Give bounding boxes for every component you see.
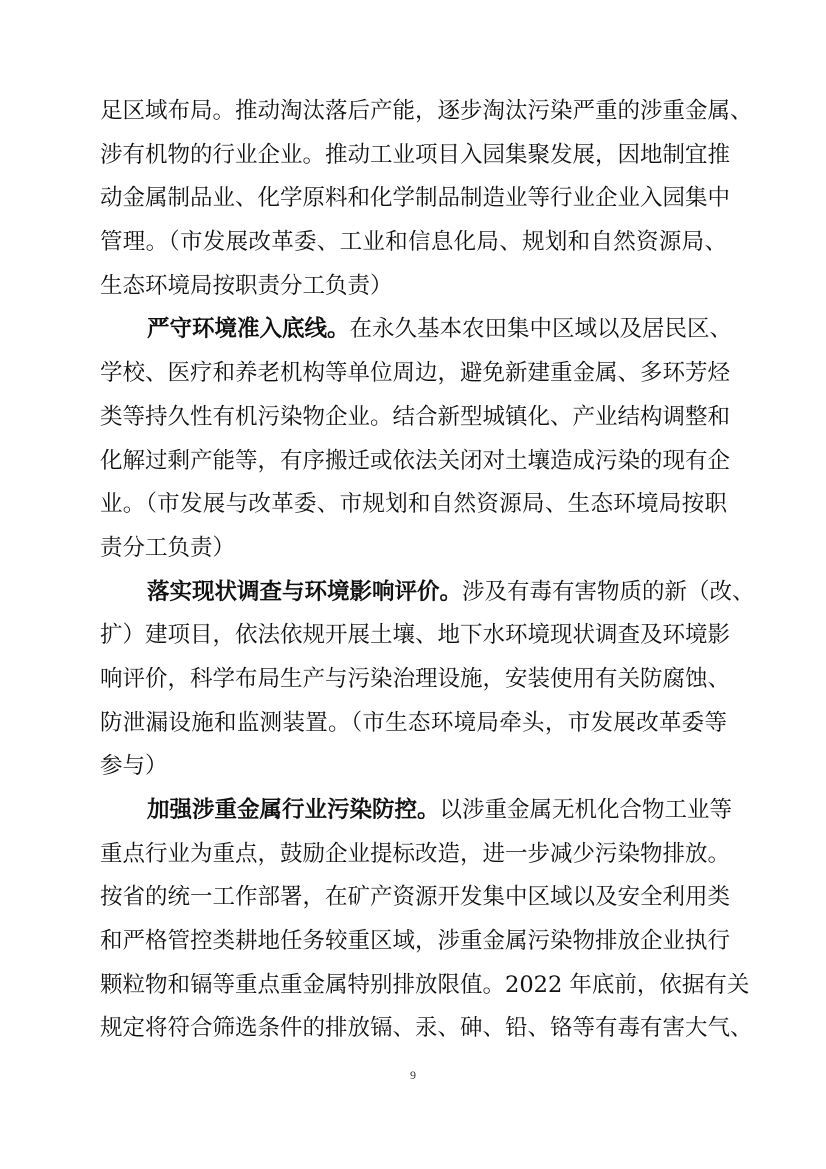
text-line: 类等持久性有机污染物企业。结合新型城镇化、产业结构调整和 — [100, 396, 727, 440]
paragraph-first-line: 严守环境准入底线。在永久基本农田集中区域以及居民区、 — [100, 308, 727, 352]
text-run: 在永久基本农田集中区域以及居民区、 — [350, 316, 733, 342]
text-line: 颗粒物和镉等重点重金属特别排放限值。2022 年底前，依据有关 — [100, 964, 727, 1008]
paragraph-heavy-metal-control: 加强涉重金属行业污染防控。以涉重金属无机化合物工业等 重点行业为重点，鼓励企业提… — [100, 789, 727, 1051]
text-line: 按省的统一工作部署，在矿产资源开发集中区域以及安全利用类 — [100, 876, 727, 920]
page-number: 9 — [0, 1068, 826, 1083]
paragraph-environmental-access: 严守环境准入底线。在永久基本农田集中区域以及居民区、 学校、医疗和养老机构等单位… — [100, 308, 727, 570]
text-line: 足区域布局。推动淘汰落后产能，逐步淘汰污染严重的涉重金属、 — [100, 90, 727, 134]
text-line: 学校、医疗和养老机构等单位周边，避免新建重金属、多环芳烃 — [100, 352, 727, 396]
text-line: 责分工负责） — [100, 527, 727, 571]
text-line: 防泄漏设施和监测装置。（市生态环境局牵头，市发展改革委等 — [100, 702, 727, 746]
text-run: 以涉重金属无机化合物工业等 — [440, 797, 733, 823]
text-line: 扩）建项目，依法依规开展土壤、地下水环境现状调查及环境影 — [100, 614, 727, 658]
paragraph-heading: 加强涉重金属行业污染防控。 — [147, 797, 440, 823]
text-line: 动金属制品业、化学原料和化学制品制造业等行业企业入园集中 — [100, 177, 727, 221]
text-line: 规定将符合筛选条件的排放镉、汞、砷、铅、铬等有毒有害大气、 — [100, 1007, 727, 1051]
text-line: 化解过剩产能等，有序搬迁或依法关闭对土壤造成污染的现有企 — [100, 440, 727, 484]
paragraph-industrial-layout: 足区域布局。推动淘汰落后产能，逐步淘汰污染严重的涉重金属、 涉有机物的行业企业。… — [100, 90, 727, 308]
text-line: 业。（市发展与改革委、市规划和自然资源局、生态环境局按职 — [100, 483, 727, 527]
text-line: 重点行业为重点，鼓励企业提标改造，进一步减少污染物排放。 — [100, 833, 727, 877]
paragraph-heading: 严守环境准入底线。 — [147, 316, 350, 342]
document-body: 足区域布局。推动淘汰落后产能，逐步淘汰污染严重的涉重金属、 涉有机物的行业企业。… — [100, 90, 727, 1051]
text-line: 和严格管控类耕地任务较重区域，涉重金属污染物排放企业执行 — [100, 920, 727, 964]
paragraph-first-line: 落实现状调查与环境影响评价。涉及有毒有害物质的新（改、 — [100, 571, 727, 615]
paragraph-first-line: 加强涉重金属行业污染防控。以涉重金属无机化合物工业等 — [100, 789, 727, 833]
text-line: 响评价，科学布局生产与污染治理设施，安装使用有关防腐蚀、 — [100, 658, 727, 702]
paragraph-impact-assessment: 落实现状调查与环境影响评价。涉及有毒有害物质的新（改、 扩）建项目，依法依规开展… — [100, 571, 727, 789]
text-line: 管理。（市发展改革委、工业和信息化局、规划和自然资源局、 — [100, 221, 727, 265]
text-line: 参与） — [100, 745, 727, 789]
paragraph-heading: 落实现状调查与环境影响评价。 — [147, 579, 462, 605]
document-page: 足区域布局。推动淘汰落后产能，逐步淘汰污染严重的涉重金属、 涉有机物的行业企业。… — [0, 0, 826, 1169]
text-line: 生态环境局按职责分工负责） — [100, 265, 727, 309]
text-line: 涉有机物的行业企业。推动工业项目入园集聚发展，因地制宜推 — [100, 134, 727, 178]
text-run: 涉及有毒有害物质的新（改、 — [462, 579, 755, 605]
